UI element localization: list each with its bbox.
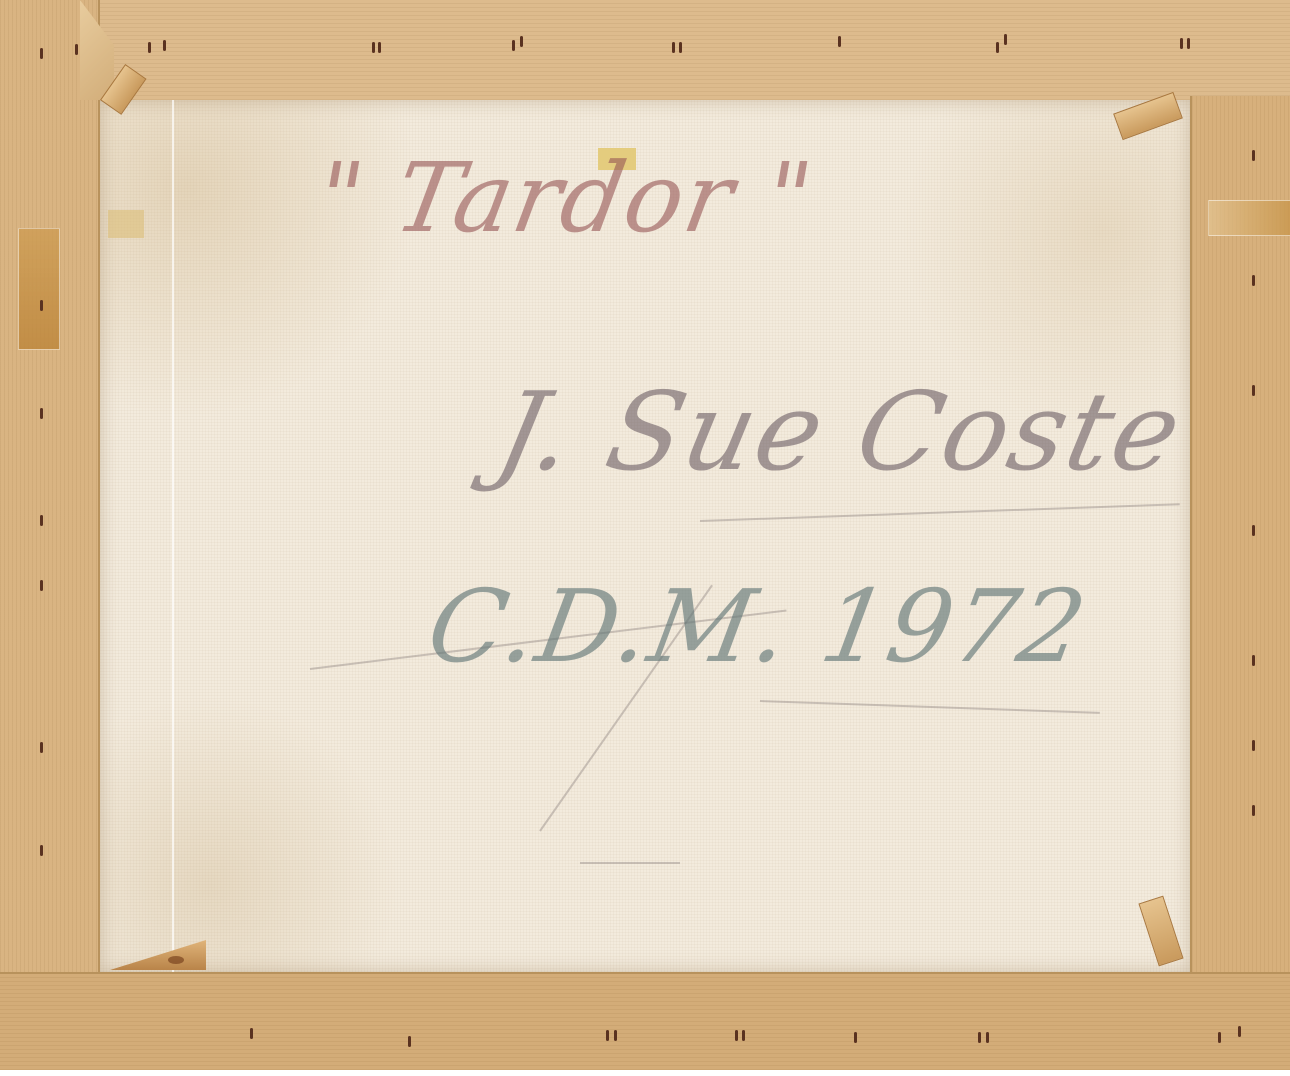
staple-mark — [1238, 1026, 1241, 1037]
staple-mark — [1187, 38, 1190, 49]
staple-mark — [250, 1028, 253, 1039]
tape-right — [1208, 200, 1290, 236]
staple-mark — [1252, 525, 1255, 536]
staple-mark — [1180, 38, 1183, 49]
staple-mark — [40, 845, 43, 856]
staple-mark — [40, 515, 43, 526]
staple-mark — [75, 44, 78, 55]
staple-mark — [40, 408, 43, 419]
staple-mark — [672, 42, 675, 53]
photo-scene: " Tardor " J. Sue Coste C.D.M. 1972 — [0, 0, 1290, 1076]
staple-mark — [854, 1032, 857, 1043]
handwritten-title: " Tardor " — [308, 142, 822, 254]
staple-mark — [679, 42, 682, 53]
staple-mark — [1252, 740, 1255, 751]
handwritten-signature: J. Sue Coste — [487, 370, 1193, 495]
staple-mark — [378, 42, 381, 53]
frame-top-bar — [100, 0, 1290, 102]
staple-mark — [408, 1036, 411, 1047]
staple-mark — [1252, 805, 1255, 816]
staple-mark — [735, 1030, 738, 1041]
staple-mark — [1252, 385, 1255, 396]
staple-mark — [1004, 34, 1007, 45]
staple-mark — [148, 42, 151, 53]
staple-mark — [40, 300, 43, 311]
staple-mark — [978, 1032, 981, 1043]
tape-inner-left — [108, 210, 144, 238]
frame-bottom-bar — [0, 972, 1290, 1070]
wood-knot — [168, 956, 184, 964]
staple-mark — [1252, 150, 1255, 161]
staple-mark — [996, 42, 999, 53]
staple-mark — [986, 1032, 989, 1043]
frame-left-bar — [0, 0, 100, 1068]
staple-mark — [40, 48, 43, 59]
staple-mark — [512, 40, 515, 51]
staple-mark — [742, 1030, 745, 1041]
staple-mark — [520, 36, 523, 47]
pencil-stroke — [580, 862, 680, 864]
staple-mark — [372, 42, 375, 53]
staple-mark — [40, 742, 43, 753]
tape-left — [18, 228, 60, 350]
staple-mark — [40, 580, 43, 591]
staple-mark — [163, 40, 166, 51]
staple-mark — [1218, 1032, 1221, 1043]
handwritten-inscription: C.D.M. 1972 — [420, 568, 1096, 685]
canvas-seam — [172, 100, 174, 972]
staple-mark — [1252, 655, 1255, 666]
staple-mark — [614, 1030, 617, 1041]
staple-mark — [838, 36, 841, 47]
staple-mark — [606, 1030, 609, 1041]
staple-mark — [1252, 275, 1255, 286]
